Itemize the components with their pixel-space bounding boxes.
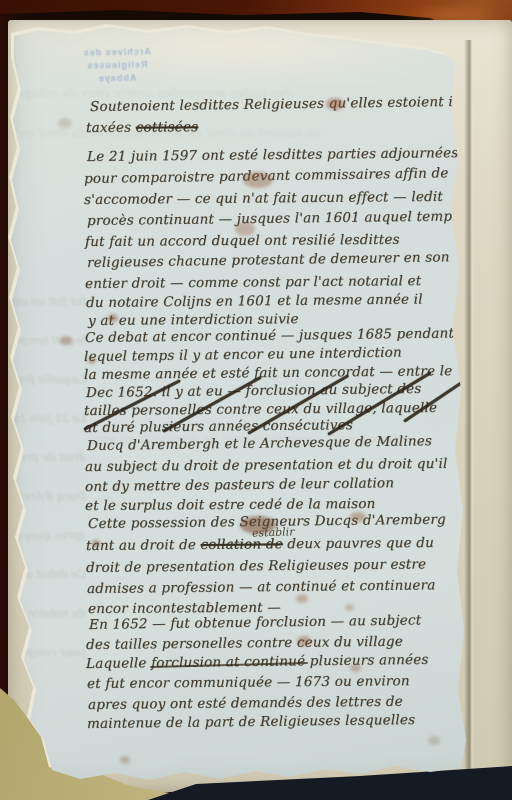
- manuscript-line: des tailles personelles contre ceux du v…: [86, 634, 403, 653]
- manuscript-line: Soutenoient lesdittes Religieuses qu'ell…: [90, 93, 512, 115]
- manuscript-line: Laquelle forclusion at continué plusieur…: [86, 652, 429, 672]
- manuscript-line: apres quoy ont esté demandés des lettres…: [88, 694, 403, 713]
- foxing-stain: [88, 358, 96, 364]
- manuscript-line: la mesme année et esté fait un concordat…: [84, 363, 452, 383]
- foxing-stain: [350, 512, 366, 522]
- manuscript-line: Le 21 juin 1597 ont esté lesdittes parti…: [87, 145, 459, 165]
- bleedthrough-text: Le 21 juin 1597 ont esté lesdittes parti…: [4, 412, 86, 425]
- manuscript-line: Ce debat at encor continué — jusques 168…: [85, 325, 454, 346]
- bleedthrough-blue-stamp: Archives des Religieuses Abbaye: [56, 45, 179, 86]
- photo-of-manuscript: Archives des Religieuses Abbaye des tail…: [0, 0, 512, 800]
- manuscript-line: admises a profession — at continué et co…: [87, 577, 436, 597]
- ink-smudge: [240, 516, 276, 534]
- foxing-stain: [58, 118, 72, 128]
- foxing-stain: [235, 222, 255, 236]
- manuscript-line: En 1652 — fut obtenue forclusion — au su…: [89, 612, 422, 633]
- foxing-stain: [296, 594, 308, 603]
- manuscript-page: Archives des Religieuses Abbaye des tail…: [0, 0, 512, 800]
- foxing-stain: [243, 172, 273, 188]
- manuscript-line: ont dy mettre des pasteurs de leur colla…: [85, 475, 394, 495]
- manuscript-line: maintenue de la part de Religieuses lesq…: [87, 712, 415, 732]
- manuscript-line: au subject du droit de presentation et d…: [85, 456, 448, 475]
- foxing-stain: [326, 98, 344, 110]
- foxing-stain: [92, 540, 100, 547]
- manuscript-line: procès continuant — jusques l'an 1601 au…: [87, 208, 459, 229]
- foxing-stain: [297, 636, 311, 646]
- manuscript-line: Ducq d'Arembergh et le Archevesque de Ma…: [87, 433, 432, 454]
- crossed-out-line: at duré plusieurs années consécutives: [84, 417, 353, 436]
- foxing-stain: [60, 336, 72, 345]
- manuscript-word: tant au droit de: [86, 537, 196, 554]
- foxing-stain: [428, 736, 440, 745]
- manuscript-line: et fut encor communiquée — 1673 ou envir…: [87, 673, 410, 692]
- crossed-out-word: cottisées: [136, 119, 199, 135]
- manuscript-line: y at eu une interdiction suivie: [88, 311, 299, 329]
- manuscript-line: droit de presentation des Religieuses po…: [86, 556, 426, 576]
- manuscript-line: du notaire Colijns en 1601 et la mesme a…: [86, 291, 423, 311]
- foxing-stain: [108, 314, 118, 322]
- manuscript-line: religieuses chacune protestant de demeur…: [87, 249, 450, 271]
- manuscript-line: lequel temps il y at encor eu une interd…: [84, 345, 402, 365]
- manuscript-line: entier droit — comme const par l'act not…: [85, 273, 421, 292]
- manuscript-line: s'accomoder — ce qui n'at fait aucun eff…: [84, 189, 443, 208]
- manuscript-line: et le surplus doit estre cedé de la mais…: [85, 496, 376, 514]
- crossed-out-word: collation de: [200, 536, 282, 553]
- manuscript-line: tant au droit de collation de deux pauvr…: [86, 535, 434, 554]
- manuscript-word: deux pauvres que du: [287, 535, 434, 552]
- foxing-stain: [120, 756, 130, 764]
- foxing-stain: [350, 664, 361, 672]
- page-fold-shadow: [464, 40, 474, 780]
- bleedthrough-text: fut fait un accord duquel ont resilié le…: [4, 295, 86, 308]
- crossed-out-line: Dec 1652. il y at eu — forclusion au sub…: [86, 381, 422, 401]
- manuscript-line: taxées cottisées: [86, 119, 198, 136]
- foxing-stain: [345, 604, 354, 611]
- stamp-line: Abbaye: [56, 71, 178, 86]
- manuscript-word: taxées: [86, 120, 131, 136]
